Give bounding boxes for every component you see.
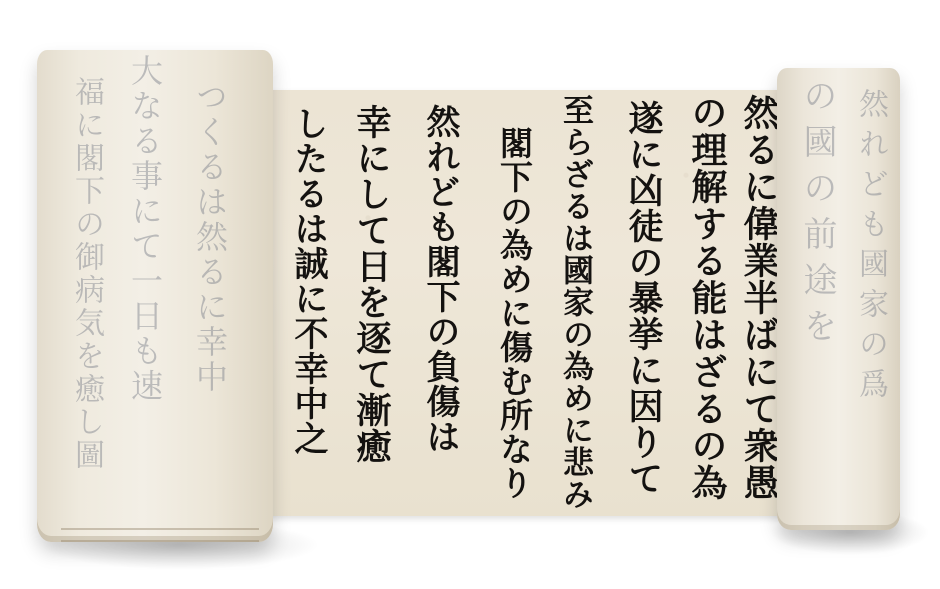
calligraphy-column-4: 至らざるは國家の為めに悲み [554,94,596,510]
calligraphy-column-5: 閣下の為めに傷む所なり [492,126,536,500]
calligraphy-column-2: の理解する能はざるの為 [684,94,730,501]
bleed-text-left-1: つくるは然るに幸中 [187,80,233,395]
calligraphy-column-7: 幸にして日を逐て漸癒 [348,104,394,464]
bleed-text-right-1: 然れども國家の爲 [848,88,892,408]
unrolled-paper: 然るに偉業半ばにて衆愚 の理解する能はざるの為 遂に凶徒の暴挙に因りて 至らざる… [262,90,792,516]
calligraphy-column-1: 然るに偉業半ばにて衆愚 [736,94,782,501]
bleed-text-right-2: の國の前途を [793,78,842,354]
calligraphy-column-3: 遂に凶徒の暴挙に因りて [620,100,666,496]
bleed-text-left-2: 大なる事にて一日も速 [122,54,168,404]
left-scroll-roll: つくるは然るに幸中 大なる事にて一日も速 福に閣下の御病気を癒し圖 [37,50,273,542]
photo-scene: 然るに偉業半ばにて衆愚 の理解する能はざるの為 遂に凶徒の暴挙に因りて 至らざる… [0,0,940,589]
right-scroll-roll: 然れども國家の爲 の國の前途を [777,68,900,530]
calligraphy-column-8: したるは誠に不幸中之 [286,106,330,456]
calligraphy-column-6: 然れども閣下の負傷は [418,104,462,454]
bleed-text-left-3: 福に閣下の御病気を癒し圖 [64,76,108,472]
left-roll-rim [61,528,259,542]
